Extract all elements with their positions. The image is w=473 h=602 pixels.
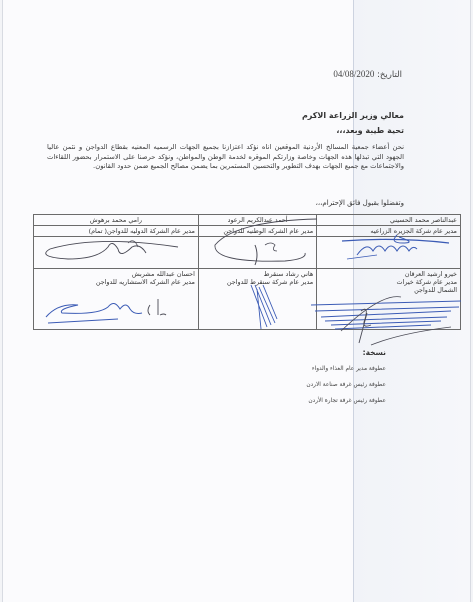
closing-line: وتفضلوا بقبول فائق الإحترام،،، <box>316 199 404 207</box>
signature-icon <box>247 283 287 331</box>
signatory-name: عبدالناصر محمد الحسيني <box>317 215 461 226</box>
signatory-name: احسان عبدالله مشربش <box>37 270 195 278</box>
signatory-name: خيرو ارشيد العرقان <box>320 270 457 278</box>
signature-icon <box>337 233 457 267</box>
signatory-title: مدير عام شركة الجزيره الزراعيه <box>317 226 461 237</box>
greeting: تحية طيبة وبعد،،، <box>336 126 404 135</box>
signature-cell <box>34 237 199 269</box>
copies-label: نسخة: <box>363 348 386 357</box>
signatory-title: مدير عام الشركه الاستشاريه للدواجن <box>37 278 195 286</box>
addressee: معالي وزير الزراعة الاكرم <box>302 111 404 120</box>
date-label: التاريخ: <box>377 70 402 80</box>
signature-icon <box>38 237 188 267</box>
signatory-title: مدير عام شركة خيرات الشمال للدواجن <box>387 278 457 294</box>
signatory-title: مدير عام الشركه الوطنيه للدواجن <box>198 226 316 237</box>
copy-recipient: عطوفة رئيس غرفة صناعة الاردن <box>306 382 386 388</box>
signature-cell <box>198 237 316 269</box>
copy-recipient: عطوفة مدير عام الغذاء والدواء <box>312 366 386 372</box>
signatory-cell: احسان عبدالله مشربش مدير عام الشركه الاس… <box>34 269 199 330</box>
signatory-name: أحمد عبدالكريم الرعود <box>198 215 316 226</box>
signatory-name: رامي محمد برهوش <box>34 215 199 226</box>
signatories-table: عبدالناصر محمد الحسيني أحمد عبدالكريم ال… <box>33 214 461 330</box>
signature-icon <box>38 291 188 327</box>
signatory-name: هاني رشاد سنقرط <box>202 270 313 278</box>
body-paragraph: نحن أعضاء جمعية المسالخ الأردنية الموقعي… <box>47 143 404 172</box>
signatory-cell: هاني رشاد سنقرط مدير عام شركة سنقرط للدو… <box>198 269 316 330</box>
signature-cell <box>317 237 461 269</box>
date-line: التاريخ: 04/08/2020 <box>333 69 402 80</box>
signatory-cell: خيرو ارشيد العرقان مدير عام شركة خيرات ا… <box>317 269 461 330</box>
copy-recipient: عطوفة رئيس غرفة تجارة الأردن <box>308 398 386 404</box>
document-page: التاريخ: 04/08/2020 معالي وزير الزراعة ا… <box>2 0 471 602</box>
date-value: 04/08/2020 <box>333 69 374 79</box>
signatory-title: مدير عام شركة سنقرط للدواجن <box>202 278 313 286</box>
signatory-title: مدير عام الشركة الدوليه للدواجن( تمام) <box>34 226 199 237</box>
